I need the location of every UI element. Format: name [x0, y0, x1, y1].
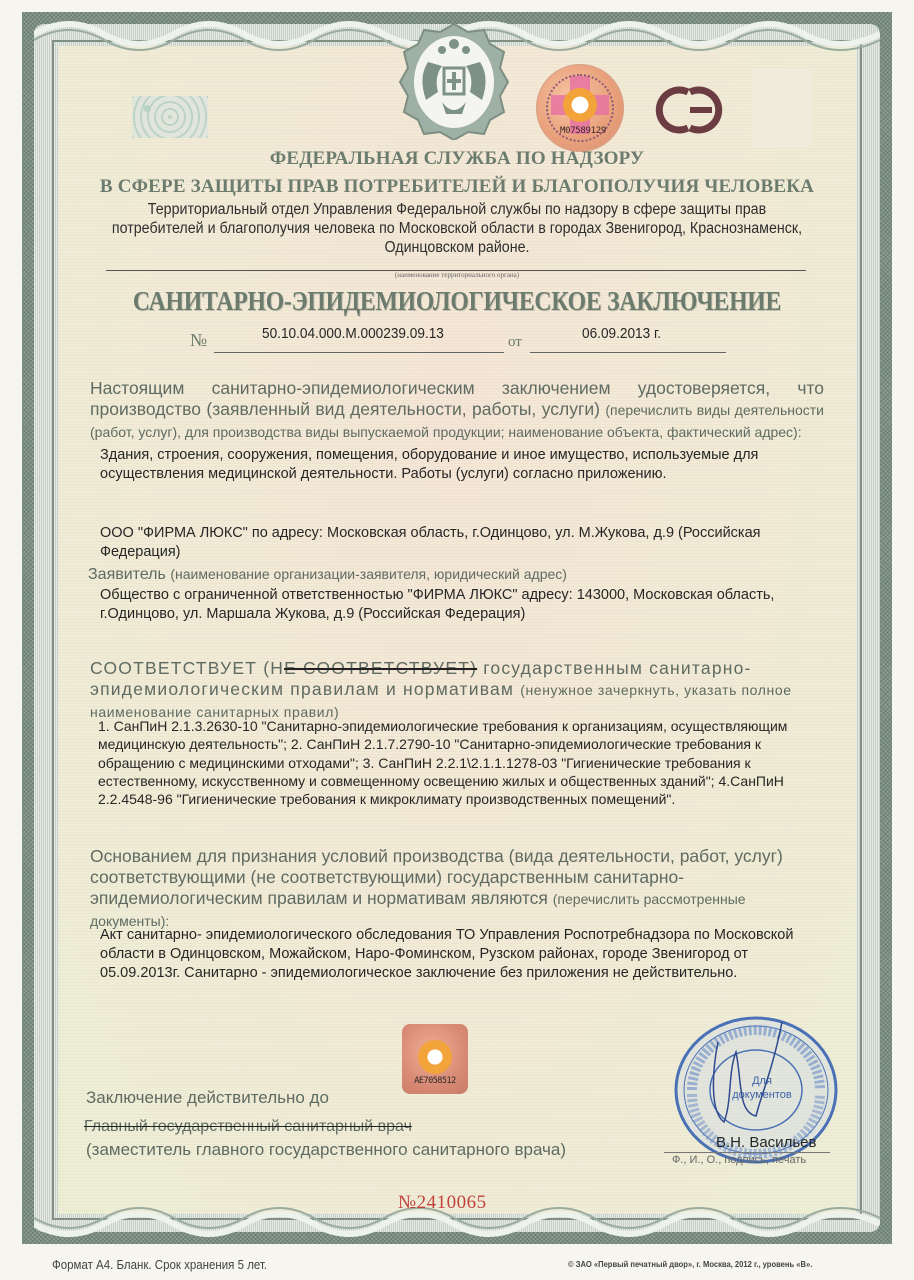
sanitary-rules-list: 1. СанПиН 2.1.3.2630-10 "Санитарно-эпиде…: [98, 717, 830, 808]
signature-underline: [664, 1152, 830, 1153]
hologram-serial: M07589129: [548, 126, 618, 136]
applicant-value: Общество с ограниченной ответственностью…: [100, 586, 820, 624]
compliance-paragraph: СООТВЕТСТВУЕТ (НЕ СООТВЕТСТВУЕТ) государ…: [90, 658, 824, 723]
number-underline: [214, 352, 504, 353]
applicant-hint: (наименование организации-заявителя, юри…: [170, 566, 567, 582]
double-headed-eagle-emblem-icon: [398, 22, 510, 140]
c-logo-icon: [418, 1040, 452, 1074]
se-conformity-mark-icon: [650, 80, 730, 140]
open-paren: (Н: [263, 658, 284, 678]
hologram-serial-small: AE7058512: [402, 1076, 468, 1086]
c-logo-icon: [563, 88, 597, 122]
document-number: 50.10.04.000.М.000239.09.13: [262, 326, 444, 342]
printer-imprint: © ЗАО «Первый печатный двор», г. Москва,…: [568, 1260, 812, 1269]
document-date: 06.09.2013 г.: [582, 326, 661, 342]
basis-paragraph: Основанием для признания условий произво…: [90, 846, 824, 932]
not-complies-struck: Е СООТВЕТСТВУЕТ): [284, 658, 477, 678]
date-label: от: [508, 334, 522, 351]
number-label: №: [190, 330, 207, 351]
agency-name-line1: ФЕДЕРАЛЬНАЯ СЛУЖБА ПО НАДЗОРУ: [60, 148, 854, 170]
signature-caption: Ф., И., О., подпись, печать: [672, 1154, 806, 1166]
svg-text:Для: Для: [752, 1075, 772, 1087]
signer-name: В.Н. Васильев: [716, 1134, 816, 1151]
document-title: САНИТАРНО-ЭПИДЕМИОЛОГИЧЕСКОЕ ЗАКЛЮЧЕНИЕ: [108, 286, 807, 317]
applicant-label: Заявитель: [88, 566, 166, 583]
document-number-row: № 50.10.04.000.М.000239.09.13 от 06.09.2…: [190, 326, 730, 354]
complies-label: СООТВЕТСТВУЕТ: [90, 658, 257, 678]
applicant-label-row: Заявитель (наименование организации-заяв…: [88, 566, 822, 584]
hologram-strip: [132, 96, 208, 138]
chief-doctor-struck: Главный государственный санитарный врач: [84, 1118, 412, 1136]
hologram-sticker-small: AE7058512: [402, 1024, 468, 1094]
agency-name-line2: В СФЕРЕ ЗАЩИТЫ ПРАВ ПОТРЕБИТЕЛЕЙ И БЛАГО…: [60, 176, 854, 198]
hologram-sticker: M07589129: [536, 64, 624, 152]
blank-serial-number: №2410065: [398, 1192, 487, 1214]
date-underline: [530, 352, 726, 353]
blank-area: [752, 68, 812, 146]
activity-value: Здания, строения, сооружения, помещения,…: [100, 446, 820, 484]
basis-value: Акт санитарно- эпидемиологического обсле…: [100, 926, 830, 983]
territorial-body: Территориальный отдел Управления Федерал…: [110, 200, 804, 257]
intro-paragraph: Настоящим санитарно-эпидемиологическим з…: [90, 378, 824, 443]
territorial-caption: (наименование территориального органа): [60, 271, 854, 279]
format-note: Формат А4. Бланк. Срок хранения 5 лет.: [52, 1258, 267, 1272]
object-value: ООО "ФИРМА ЛЮКС" по адресу: Московская о…: [100, 524, 820, 562]
